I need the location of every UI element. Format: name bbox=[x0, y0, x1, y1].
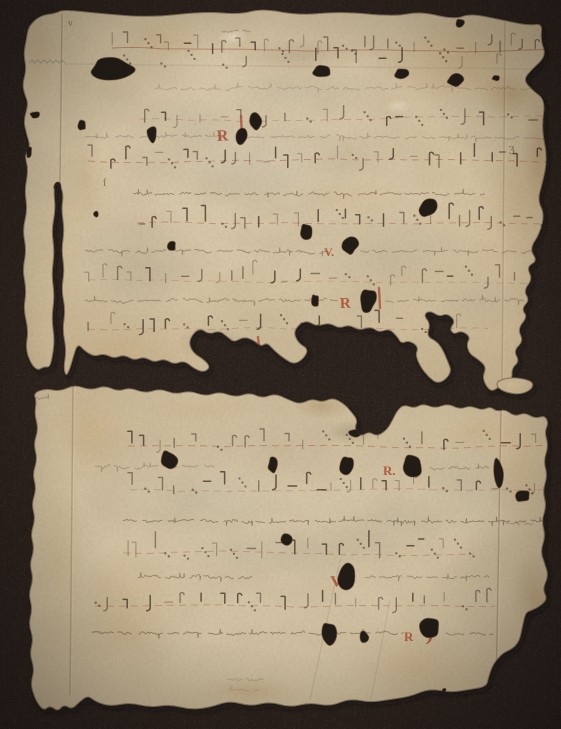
hole bbox=[30, 112, 39, 118]
red-initial: R. bbox=[383, 463, 396, 478]
parchment-grain bbox=[24, 380, 553, 716]
hole bbox=[516, 491, 530, 502]
hole bbox=[419, 618, 438, 637]
red-initial: R bbox=[340, 296, 352, 312]
hole bbox=[492, 75, 499, 80]
hole bbox=[311, 295, 318, 307]
hole bbox=[93, 211, 98, 217]
hole bbox=[167, 241, 175, 250]
manuscript-photo: v3fkRV.RiR.)VR) bbox=[0, 0, 561, 729]
hole bbox=[300, 224, 312, 240]
hole bbox=[403, 455, 421, 477]
red-initial: R bbox=[404, 629, 414, 644]
parchment-fragment-top: v3fkRV.R bbox=[18, 4, 561, 396]
hole bbox=[78, 120, 86, 130]
margin-ink-mark: v bbox=[67, 18, 73, 29]
hole bbox=[281, 534, 293, 546]
red-initial: R bbox=[216, 127, 229, 145]
hole bbox=[268, 457, 277, 473]
margin-ink-mark: 3 bbox=[508, 143, 515, 157]
parchment-fragment-bottom: iR.)VR) bbox=[24, 380, 561, 716]
red-initial: V. bbox=[324, 245, 334, 259]
manuscript-scan: v3fkRV.RiR.)VR) bbox=[0, 0, 561, 729]
red-initial-bar bbox=[379, 288, 380, 308]
